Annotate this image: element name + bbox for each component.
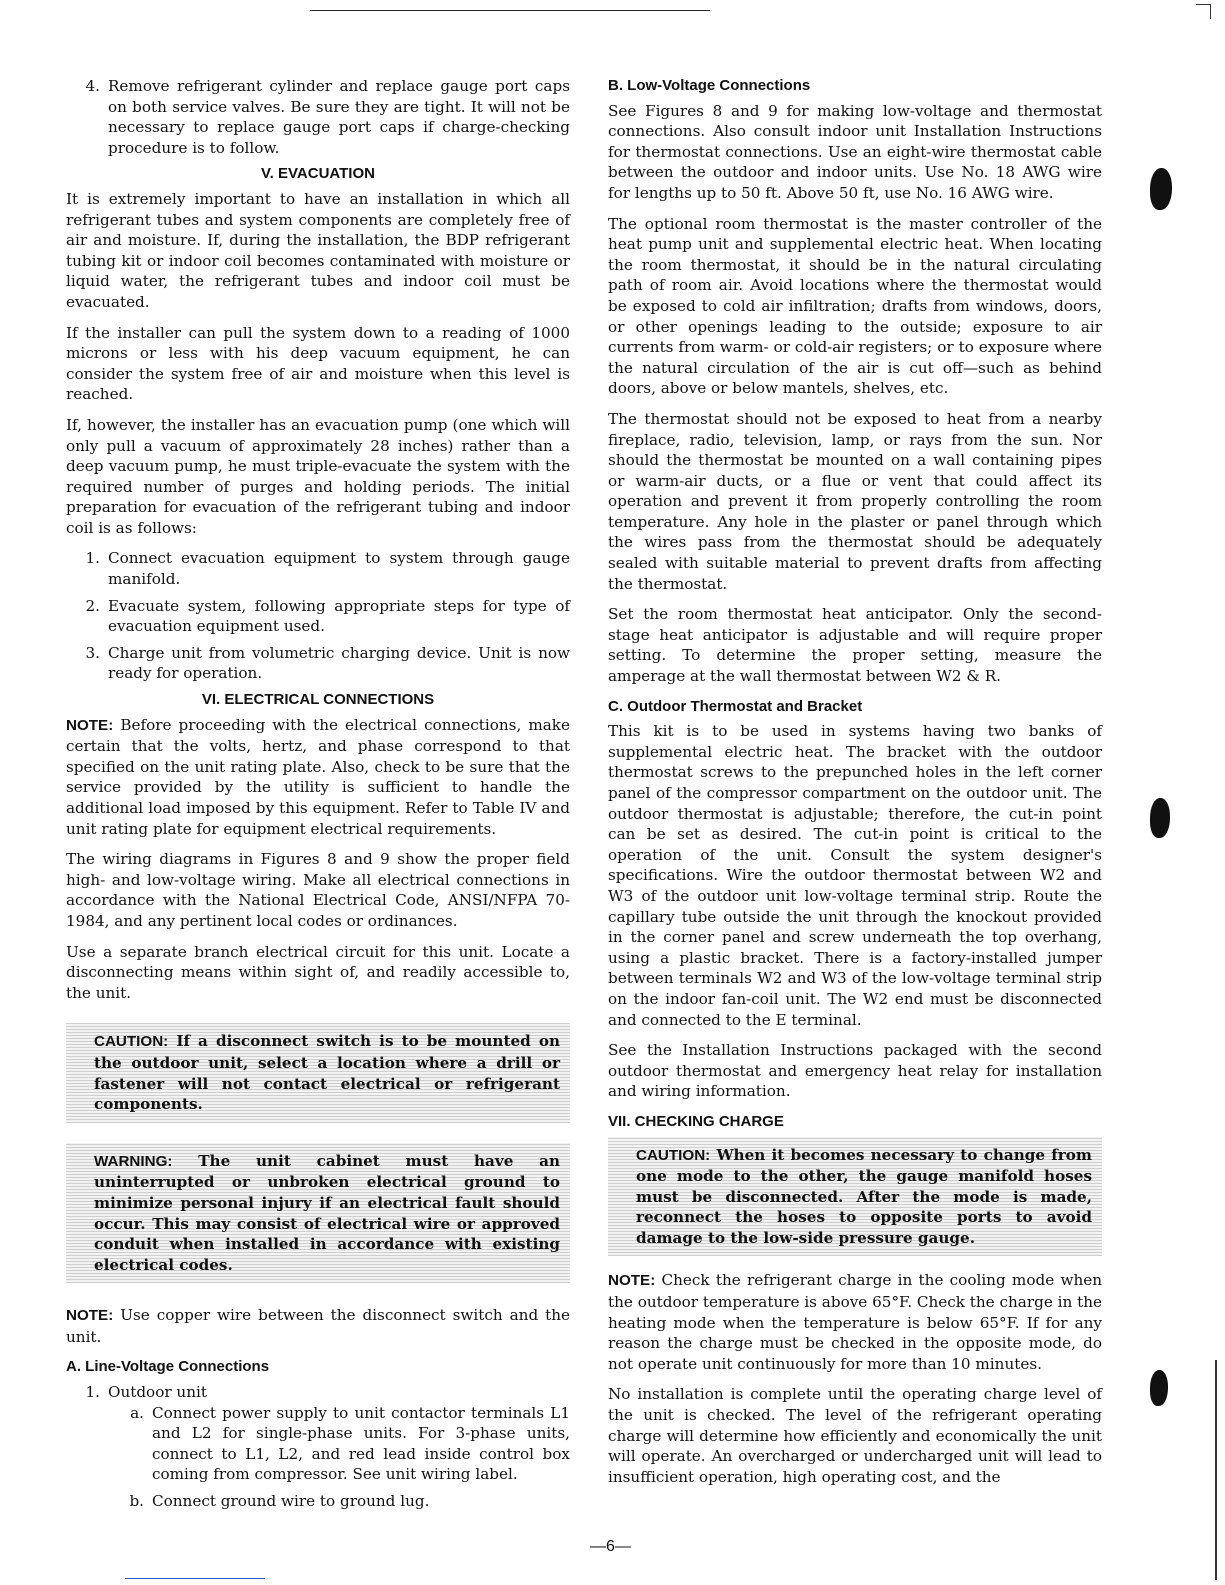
left-column: 4. Remove refrigerant cylinder and repla…	[66, 76, 570, 1518]
warning-box: WARNING: The unit cabinet must have an u…	[66, 1143, 570, 1284]
paragraph: It is extremely important to have an ins…	[66, 189, 570, 313]
sub-list-item: b. Connect ground wire to ground lug.	[66, 1491, 570, 1512]
paragraph: No installation is complete until the op…	[608, 1384, 1102, 1487]
section-heading-checking-charge: VII. CHECKING CHARGE	[608, 1112, 1102, 1133]
list-item: 1. Connect evacuation equipment to syste…	[66, 548, 570, 589]
paragraph: Set the room thermostat heat anticipator…	[608, 604, 1102, 686]
paragraph: See Figures 8 and 9 for making low-volta…	[608, 101, 1102, 204]
binder-hole-mark	[1150, 168, 1172, 210]
corner-mark	[1196, 4, 1211, 19]
note: NOTE: Check the refrigerant charge in th…	[608, 1270, 1102, 1374]
top-rule	[310, 10, 710, 11]
section-heading-evacuation: V. EVACUATION	[66, 164, 570, 185]
list-item: 2. Evacuate system, following appropriat…	[66, 596, 570, 637]
subsection-heading-line-voltage: A. Line-Voltage Connections	[66, 1357, 570, 1378]
scan-artifact-line	[125, 1578, 265, 1579]
caution-box: CAUTION: If a disconnect switch is to be…	[66, 1023, 570, 1122]
list-item: 3. Charge unit from volumetric charging …	[66, 643, 570, 684]
subsection-heading-low-voltage: B. Low-Voltage Connections	[608, 76, 1102, 97]
paragraph: The wiring diagrams in Figures 8 and 9 s…	[66, 849, 570, 931]
paragraph: The optional room thermostat is the mast…	[608, 214, 1102, 399]
list-item: 4. Remove refrigerant cylinder and repla…	[66, 76, 570, 158]
page-number: —6—	[590, 1538, 631, 1556]
list-item: 1. Outdoor unit	[66, 1382, 570, 1403]
paragraph: This kit is to be used in systems having…	[608, 721, 1102, 1030]
paragraph: If, however, the installer has an evacua…	[66, 415, 570, 539]
subsection-heading-outdoor-thermostat: C. Outdoor Thermostat and Bracket	[608, 697, 1102, 718]
sub-list-item: a. Connect power supply to unit contacto…	[66, 1403, 570, 1485]
paragraph: If the installer can pull the system dow…	[66, 323, 570, 405]
paragraph: See the Installation Instructions packag…	[608, 1040, 1102, 1102]
paragraph: The thermostat should not be exposed to …	[608, 409, 1102, 594]
note: NOTE: Before proceeding with the electri…	[66, 715, 570, 840]
paragraph: Use a separate branch electrical circuit…	[66, 942, 570, 1004]
page-edge-mark	[1215, 1360, 1217, 1580]
right-column: B. Low-Voltage Connections See Figures 8…	[608, 76, 1102, 1497]
binder-hole-mark	[1150, 1370, 1168, 1406]
section-heading-electrical: VI. ELECTRICAL CONNECTIONS	[66, 690, 570, 711]
caution-box: CAUTION: When it becomes necessary to ch…	[608, 1137, 1102, 1257]
binder-hole-mark	[1150, 798, 1170, 838]
note: NOTE: Use copper wire between the discon…	[66, 1305, 570, 1347]
